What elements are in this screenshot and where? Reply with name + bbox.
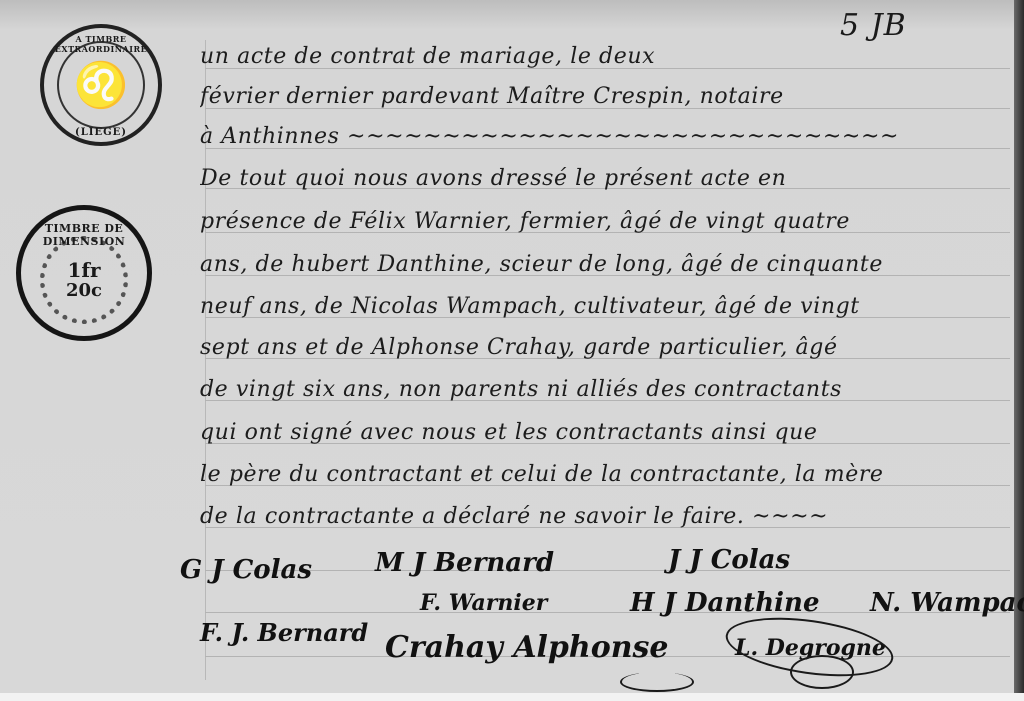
lion-icon: ♌ — [57, 41, 145, 129]
text-line: le père du contractant et celui de la co… — [200, 462, 1010, 487]
stamp-ring-text: TIMBRE DE DIMENSION — [21, 222, 147, 248]
wreath-icon: 1fr 20c — [40, 236, 128, 324]
stamp-ring-text: A TIMBRE EXTRAORDINAIRE — [44, 34, 158, 54]
text-line: présence de Félix Warnier, fermier, âgé … — [200, 209, 1010, 234]
extraordinary-stamp: A TIMBRE EXTRAORDINAIRE ♌ (LIEGE) — [40, 24, 162, 146]
text-line: de la contractante a déclaré ne savoir l… — [200, 504, 1010, 529]
signature: M J Bernard — [375, 548, 554, 578]
text-line: à Anthinnes ~~~~~~~~~~~~~~~~~~~~~~~~~~~~… — [200, 124, 1010, 149]
signature: J J Colas — [668, 545, 790, 575]
signature: F. Warnier — [420, 590, 547, 616]
stamp-location-text: (LIEGE) — [44, 127, 158, 138]
text-line: De tout quoi nous avons dressé le présen… — [200, 166, 1010, 191]
text-line: février dernier pardevant Maître Crespin… — [200, 84, 1010, 109]
text-line: qui ont signé avec nous et les contracta… — [200, 420, 1010, 445]
signature: H J Danthine — [630, 588, 820, 618]
signature: N. Wampach — [870, 588, 1024, 618]
text-line: ans, de hubert Danthine, scieur de long,… — [200, 252, 1010, 277]
dimension-stamp: TIMBRE DE DIMENSION 1fr 20c — [16, 205, 152, 341]
text-line: un acte de contrat de mariage, le deux — [200, 44, 1010, 69]
signature: F. J. Bernard — [200, 618, 368, 647]
signature: G J Colas — [180, 555, 312, 585]
folio-number: 5 JB — [840, 8, 907, 43]
signature: Crahay Alphonse — [385, 630, 669, 665]
text-line: neuf ans, de Nicolas Wampach, cultivateu… — [200, 294, 1010, 319]
ruled-line — [205, 570, 1010, 571]
stamp-value-francs: 1fr — [67, 259, 100, 281]
page-bottom-edge — [0, 693, 1024, 701]
text-line: de vingt six ans, non parents ni alliés … — [200, 377, 1010, 402]
text-line: sept ans et de Alphonse Crahay, garde pa… — [200, 335, 1010, 360]
signature-flourish — [790, 655, 854, 689]
stamp-value-centimes: 20c — [66, 281, 102, 301]
signature-flourish — [620, 672, 694, 692]
